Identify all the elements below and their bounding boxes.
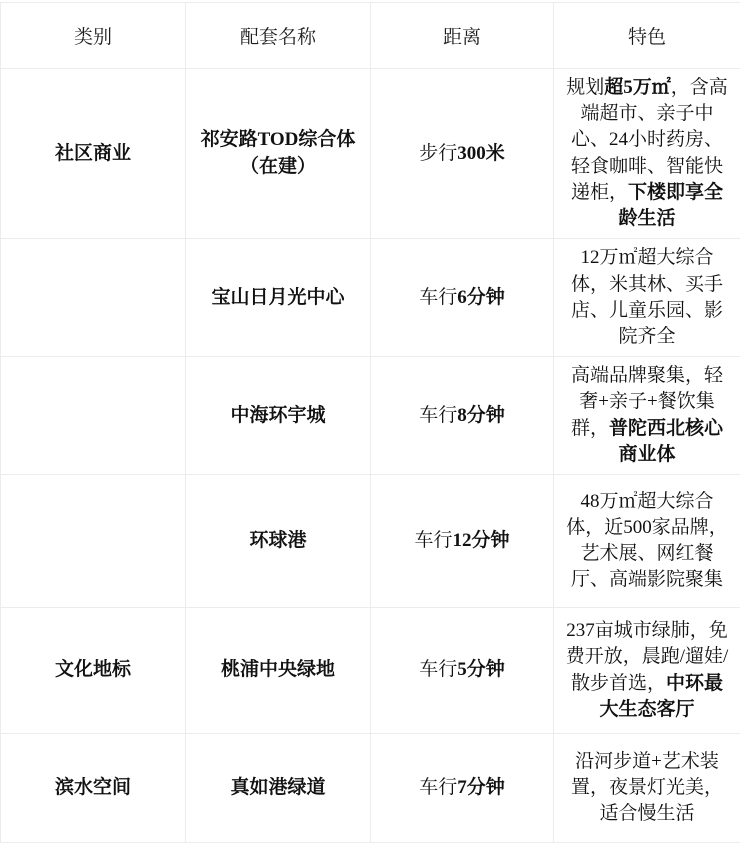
category-cell xyxy=(1,239,186,357)
table-row: 滨水空间真如港绿道车行7分钟沿河步道+艺术装置，夜景灯光美，适合慢生活 xyxy=(1,734,740,843)
name-cell: 祁安路TOD综合体 （在建） xyxy=(186,69,371,239)
category-cell: 文化地标 xyxy=(1,608,186,734)
table-row: 宝山日月光中心车行6分钟12万㎡超大综合体，米其林、买手店、儿童乐园、影院齐全 xyxy=(1,239,740,357)
distance-cell: 车行7分钟 xyxy=(371,734,554,843)
distance-cell: 车行12分钟 xyxy=(371,475,554,608)
features-cell: 237亩城市绿肺，免费开放，晨跑/遛娃/散步首选，中环最大生态客厅 xyxy=(554,608,740,734)
text-segment-bold: 12分钟 xyxy=(453,530,510,551)
text-segment: 步行 xyxy=(419,143,457,164)
text-segment-bold: 300米 xyxy=(457,143,505,164)
category-cell xyxy=(1,475,186,608)
table-row: 社区商业祁安路TOD综合体 （在建）步行300米规划超5万㎡，含高端超市、亲子中… xyxy=(1,69,740,239)
name-cell: 真如港绿道 xyxy=(186,734,371,843)
table-row: 文化地标桃浦中央绿地车行5分钟237亩城市绿肺，免费开放，晨跑/遛娃/散步首选，… xyxy=(1,608,740,734)
distance-cell: 车行5分钟 xyxy=(371,608,554,734)
category-cell xyxy=(1,357,186,475)
distance-cell: 车行8分钟 xyxy=(371,357,554,475)
text-segment-bold: 6分钟 xyxy=(457,287,505,308)
features-cell: 48万㎡超大综合体，近500家品牌，艺术展、网红餐厅、高端影院聚集 xyxy=(554,475,740,608)
distance-cell: 车行6分钟 xyxy=(371,239,554,357)
text-segment: 沿河步道+艺术装置，夜景灯光美，适合慢生活 xyxy=(571,751,723,824)
table-header: 类别配套名称距离特色 xyxy=(1,3,740,69)
text-segment: 车行 xyxy=(419,287,457,308)
text-segment: 车行 xyxy=(419,777,457,798)
text-segment: 48万㎡超大综合体，近500家品牌，艺术展、网红餐厅、高端影院聚集 xyxy=(566,491,728,591)
text-segment-bold: 普陀西北核心商业体 xyxy=(609,418,723,465)
features-cell: 沿河步道+艺术装置，夜景灯光美，适合慢生活 xyxy=(554,734,740,843)
column-header-distance: 距离 xyxy=(371,3,554,69)
text-segment: 车行 xyxy=(419,405,457,426)
text-segment-bold: 7分钟 xyxy=(457,777,505,798)
text-segment-bold: 5分钟 xyxy=(457,659,505,680)
category-cell: 滨水空间 xyxy=(1,734,186,843)
text-segment-bold: 8分钟 xyxy=(457,405,505,426)
text-segment: 规划 xyxy=(566,77,604,98)
name-cell: 宝山日月光中心 xyxy=(186,239,371,357)
column-header-features: 特色 xyxy=(554,3,740,69)
category-cell: 社区商业 xyxy=(1,69,186,239)
text-segment: 12万㎡超大综合体，米其林、买手店、儿童乐园、影院齐全 xyxy=(571,247,723,347)
text-segment-bold: 下楼即享全龄生活 xyxy=(618,182,723,229)
column-header-name: 配套名称 xyxy=(186,3,371,69)
features-cell: 12万㎡超大综合体，米其林、买手店、儿童乐园、影院齐全 xyxy=(554,239,740,357)
features-cell: 规划超5万㎡，含高端超市、亲子中心、24小时药房、轻食咖啡、智能快递柜，下楼即享… xyxy=(554,69,740,239)
name-cell: 环球港 xyxy=(186,475,371,608)
table-body: 社区商业祁安路TOD综合体 （在建）步行300米规划超5万㎡，含高端超市、亲子中… xyxy=(1,69,740,843)
table-row: 中海环宇城车行8分钟高端品牌聚集，轻奢+亲子+餐饮集群，普陀西北核心商业体 xyxy=(1,357,740,475)
text-segment-bold: 超5万㎡ xyxy=(604,77,671,98)
distance-cell: 步行300米 xyxy=(371,69,554,239)
text-segment: 车行 xyxy=(414,530,452,551)
amenities-table: 类别配套名称距离特色 社区商业祁安路TOD综合体 （在建）步行300米规划超5万… xyxy=(0,2,740,843)
header-row: 类别配套名称距离特色 xyxy=(1,3,740,69)
features-cell: 高端品牌聚集，轻奢+亲子+餐饮集群，普陀西北核心商业体 xyxy=(554,357,740,475)
name-cell: 桃浦中央绿地 xyxy=(186,608,371,734)
name-cell: 中海环宇城 xyxy=(186,357,371,475)
text-segment: 车行 xyxy=(419,659,457,680)
table-row: 环球港车行12分钟48万㎡超大综合体，近500家品牌，艺术展、网红餐厅、高端影院… xyxy=(1,475,740,608)
column-header-category: 类别 xyxy=(1,3,186,69)
